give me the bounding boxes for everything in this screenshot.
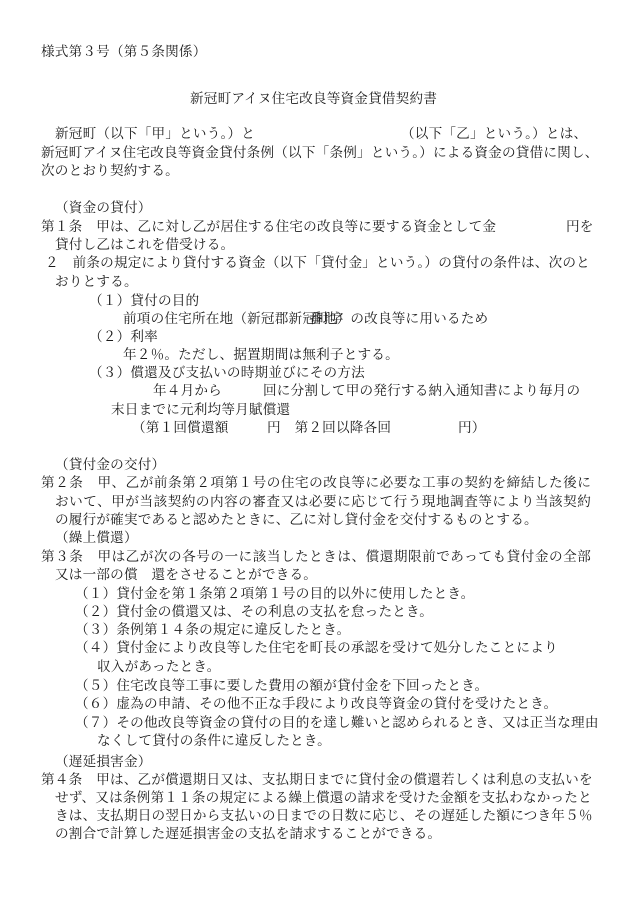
article4-line2: せず、又は条例第１１条の規定による繰上償還の請求を受けた金額を支払わなかったと	[55, 789, 591, 807]
article3-item1: （１）貸付金を第１条第２項第１号の目的以外に使用したとき。	[75, 585, 474, 603]
article3-item5: （５）住宅改良等工事に要した費用の額が貸付金を下回ったとき。	[75, 677, 488, 695]
article3-item4: （４）貸付金により改良等した住宅を町長の承認を受けて処分したことにより	[75, 639, 558, 657]
article1-item3-line3-a: （第１回償還額	[132, 419, 229, 437]
article1-heading: （資金の貸付）	[55, 199, 152, 217]
article2-line2: おいて、甲が当該契約の内容の審査又は必要に応じて行う現地調査等により当該契約	[55, 493, 591, 511]
preamble-line2: 新冠町アイヌ住宅改良等資金貸付条例（以下「条例」という。）による資金の貸借に関し…	[41, 144, 591, 162]
article4-heading: （遅延損害金）	[55, 753, 152, 771]
article1-line1-left: 第１条 甲は、乙に対し乙が居住する住宅の改良等に要する資金として金	[41, 218, 496, 236]
article2-heading: （貸付金の交付）	[55, 456, 165, 474]
preamble-line1-right: （以下「乙」という。）とは、	[401, 125, 587, 143]
article1-item1-text-right: 番地）の改良等に用いるため	[309, 310, 488, 328]
preamble-line1-left: 新冠町（以下「甲」という。）と	[55, 125, 255, 143]
article4-line3: きは、支払期日の翌日から支払いの日までの日数に応じ、その遅延した額につき年５％	[55, 807, 591, 825]
preamble-line3: 次のとおり契約する。	[41, 162, 179, 180]
form-number: 様式第３号（第５条関係）	[41, 43, 207, 61]
article3-item4-cont: 収入があったとき。	[97, 658, 220, 676]
article1-para2-line2: おりとする。	[55, 273, 138, 291]
document-title: 新冠町アイヌ住宅改良等資金貸借契約書	[190, 90, 437, 108]
article1-item1-label: （１）貸付の目的	[89, 292, 199, 310]
article1-item3-line3-c: 円）	[458, 419, 486, 437]
article1-para2-line1: ２ 前条の規定により貸付する資金（以下「貸付金」という。）の貸付の条件は、次のと	[45, 254, 590, 272]
article4-line1: 第４条 甲は、乙が償還期日又は、支払期日までに貸付金の償還若しくは利息の支払いを	[41, 771, 591, 789]
article3-heading: （繰上償還）	[55, 529, 138, 547]
article3-line1: 第３条 甲は乙が次の各号の一に該当したときは、償還期限前であっても貸付金の全部	[41, 548, 591, 566]
article3-line2: 又は一部の償 還をさせることができる。	[55, 566, 317, 584]
article1-item3-line3-b: 円 第２回以降各回	[267, 419, 391, 437]
article1-item3-line1-left: 年４月から	[153, 382, 222, 400]
article1-item2-text: 年２％。ただし、据置期間は無利子とする。	[123, 346, 399, 364]
article1-line1-right: 円を	[566, 218, 594, 236]
article1-item2-label: （２）利率	[89, 328, 158, 346]
article1-item3-line2: 末日までに元利均等月賦償還	[111, 401, 290, 419]
article4-line4: の割合で計算した遅延損害金の支払を請求することができる。	[55, 825, 441, 843]
article1-item3-label: （３）償還及び支払いの時期並びにその方法	[89, 364, 365, 382]
article3-item3: （３）条例第１４条の規定に違反したとき。	[75, 621, 350, 639]
article3-item7: （７）その他改良等資金の貸付の目的を達し難いと認められるとき、又は正当な理由	[75, 714, 599, 732]
article3-item2: （２）貸付金の償還又は、その利息の支払を怠ったとき。	[75, 603, 433, 621]
article3-item6: （６）虚為の申請、その他不正な手段により改良等資金の貸付を受けたとき。	[75, 695, 557, 713]
article2-line3: の履行が確実であると認めたときに、乙に対し貸付金を交付するものとする。	[55, 511, 538, 529]
article2-line1: 第２条 甲、乙が前条第２項第１号の住宅の改良等に必要な工事の契約を締結した後に	[41, 474, 591, 492]
article3-item7-cont: なくして貸付の条件に違反したとき。	[97, 732, 331, 750]
article1-line2: 貸付し乙はこれを借受ける。	[55, 236, 234, 254]
article1-item3-line1-right: 回に分割して甲の発行する納入通知書により毎月の	[263, 382, 580, 400]
